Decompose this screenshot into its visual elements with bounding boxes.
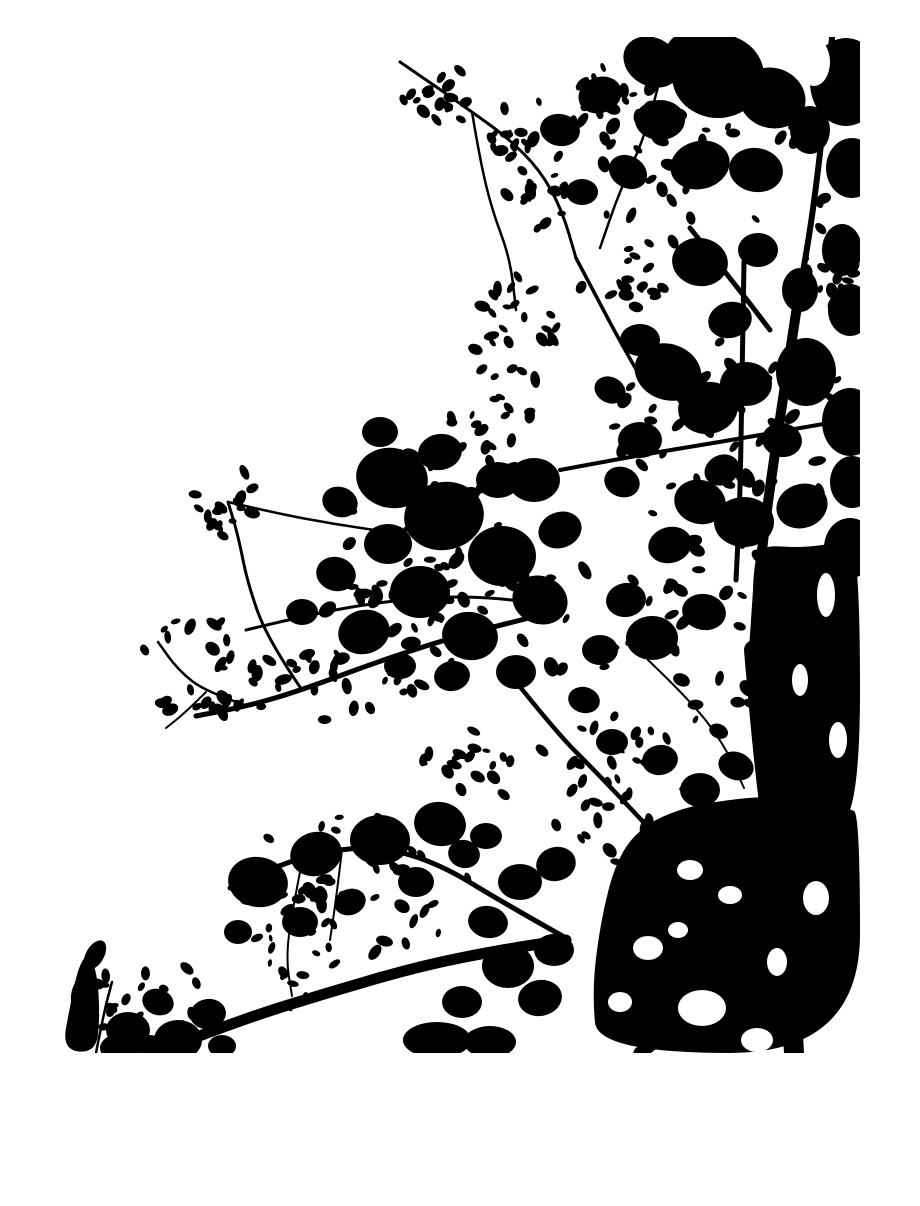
leaf-blob	[496, 655, 536, 689]
leaf	[739, 799, 752, 808]
sky-gap	[803, 881, 829, 915]
sky-gap	[608, 992, 632, 1012]
screenshot-canvas	[0, 0, 920, 1206]
leaf-blob	[666, 32, 714, 72]
leaf	[602, 802, 615, 811]
sky-gap	[678, 990, 726, 1026]
sky-gap	[798, 38, 830, 86]
leaf-blob	[470, 823, 502, 849]
sky-gap	[741, 1028, 773, 1052]
leaf-blob	[498, 864, 542, 900]
leaf-blob	[403, 1022, 471, 1058]
leaf	[318, 715, 331, 724]
leaf	[698, 134, 707, 148]
sky-gap	[668, 922, 688, 938]
leaf	[493, 281, 502, 297]
leaf-blob	[362, 417, 398, 447]
sky-gap	[817, 573, 835, 617]
leaf-blob	[738, 233, 778, 267]
leaf-blob	[582, 635, 618, 665]
sky-gap	[633, 936, 663, 960]
leaf-blob	[286, 599, 318, 625]
sky-gap	[718, 886, 742, 904]
leaf-blob	[566, 179, 598, 205]
leaf-blob	[620, 324, 660, 356]
sky-gap	[829, 722, 847, 758]
tree-silhouette-image	[0, 0, 920, 1206]
sky-gap	[677, 860, 703, 880]
sky-gap	[767, 948, 787, 976]
leaf	[521, 312, 528, 322]
leaf-blob	[782, 268, 818, 312]
leaf-blob	[224, 920, 252, 944]
leaf-blob	[626, 616, 678, 660]
sky-gap	[792, 664, 808, 696]
leaf-blob	[482, 944, 534, 988]
leaf-blob	[442, 986, 482, 1018]
leaf-blob	[534, 934, 574, 966]
